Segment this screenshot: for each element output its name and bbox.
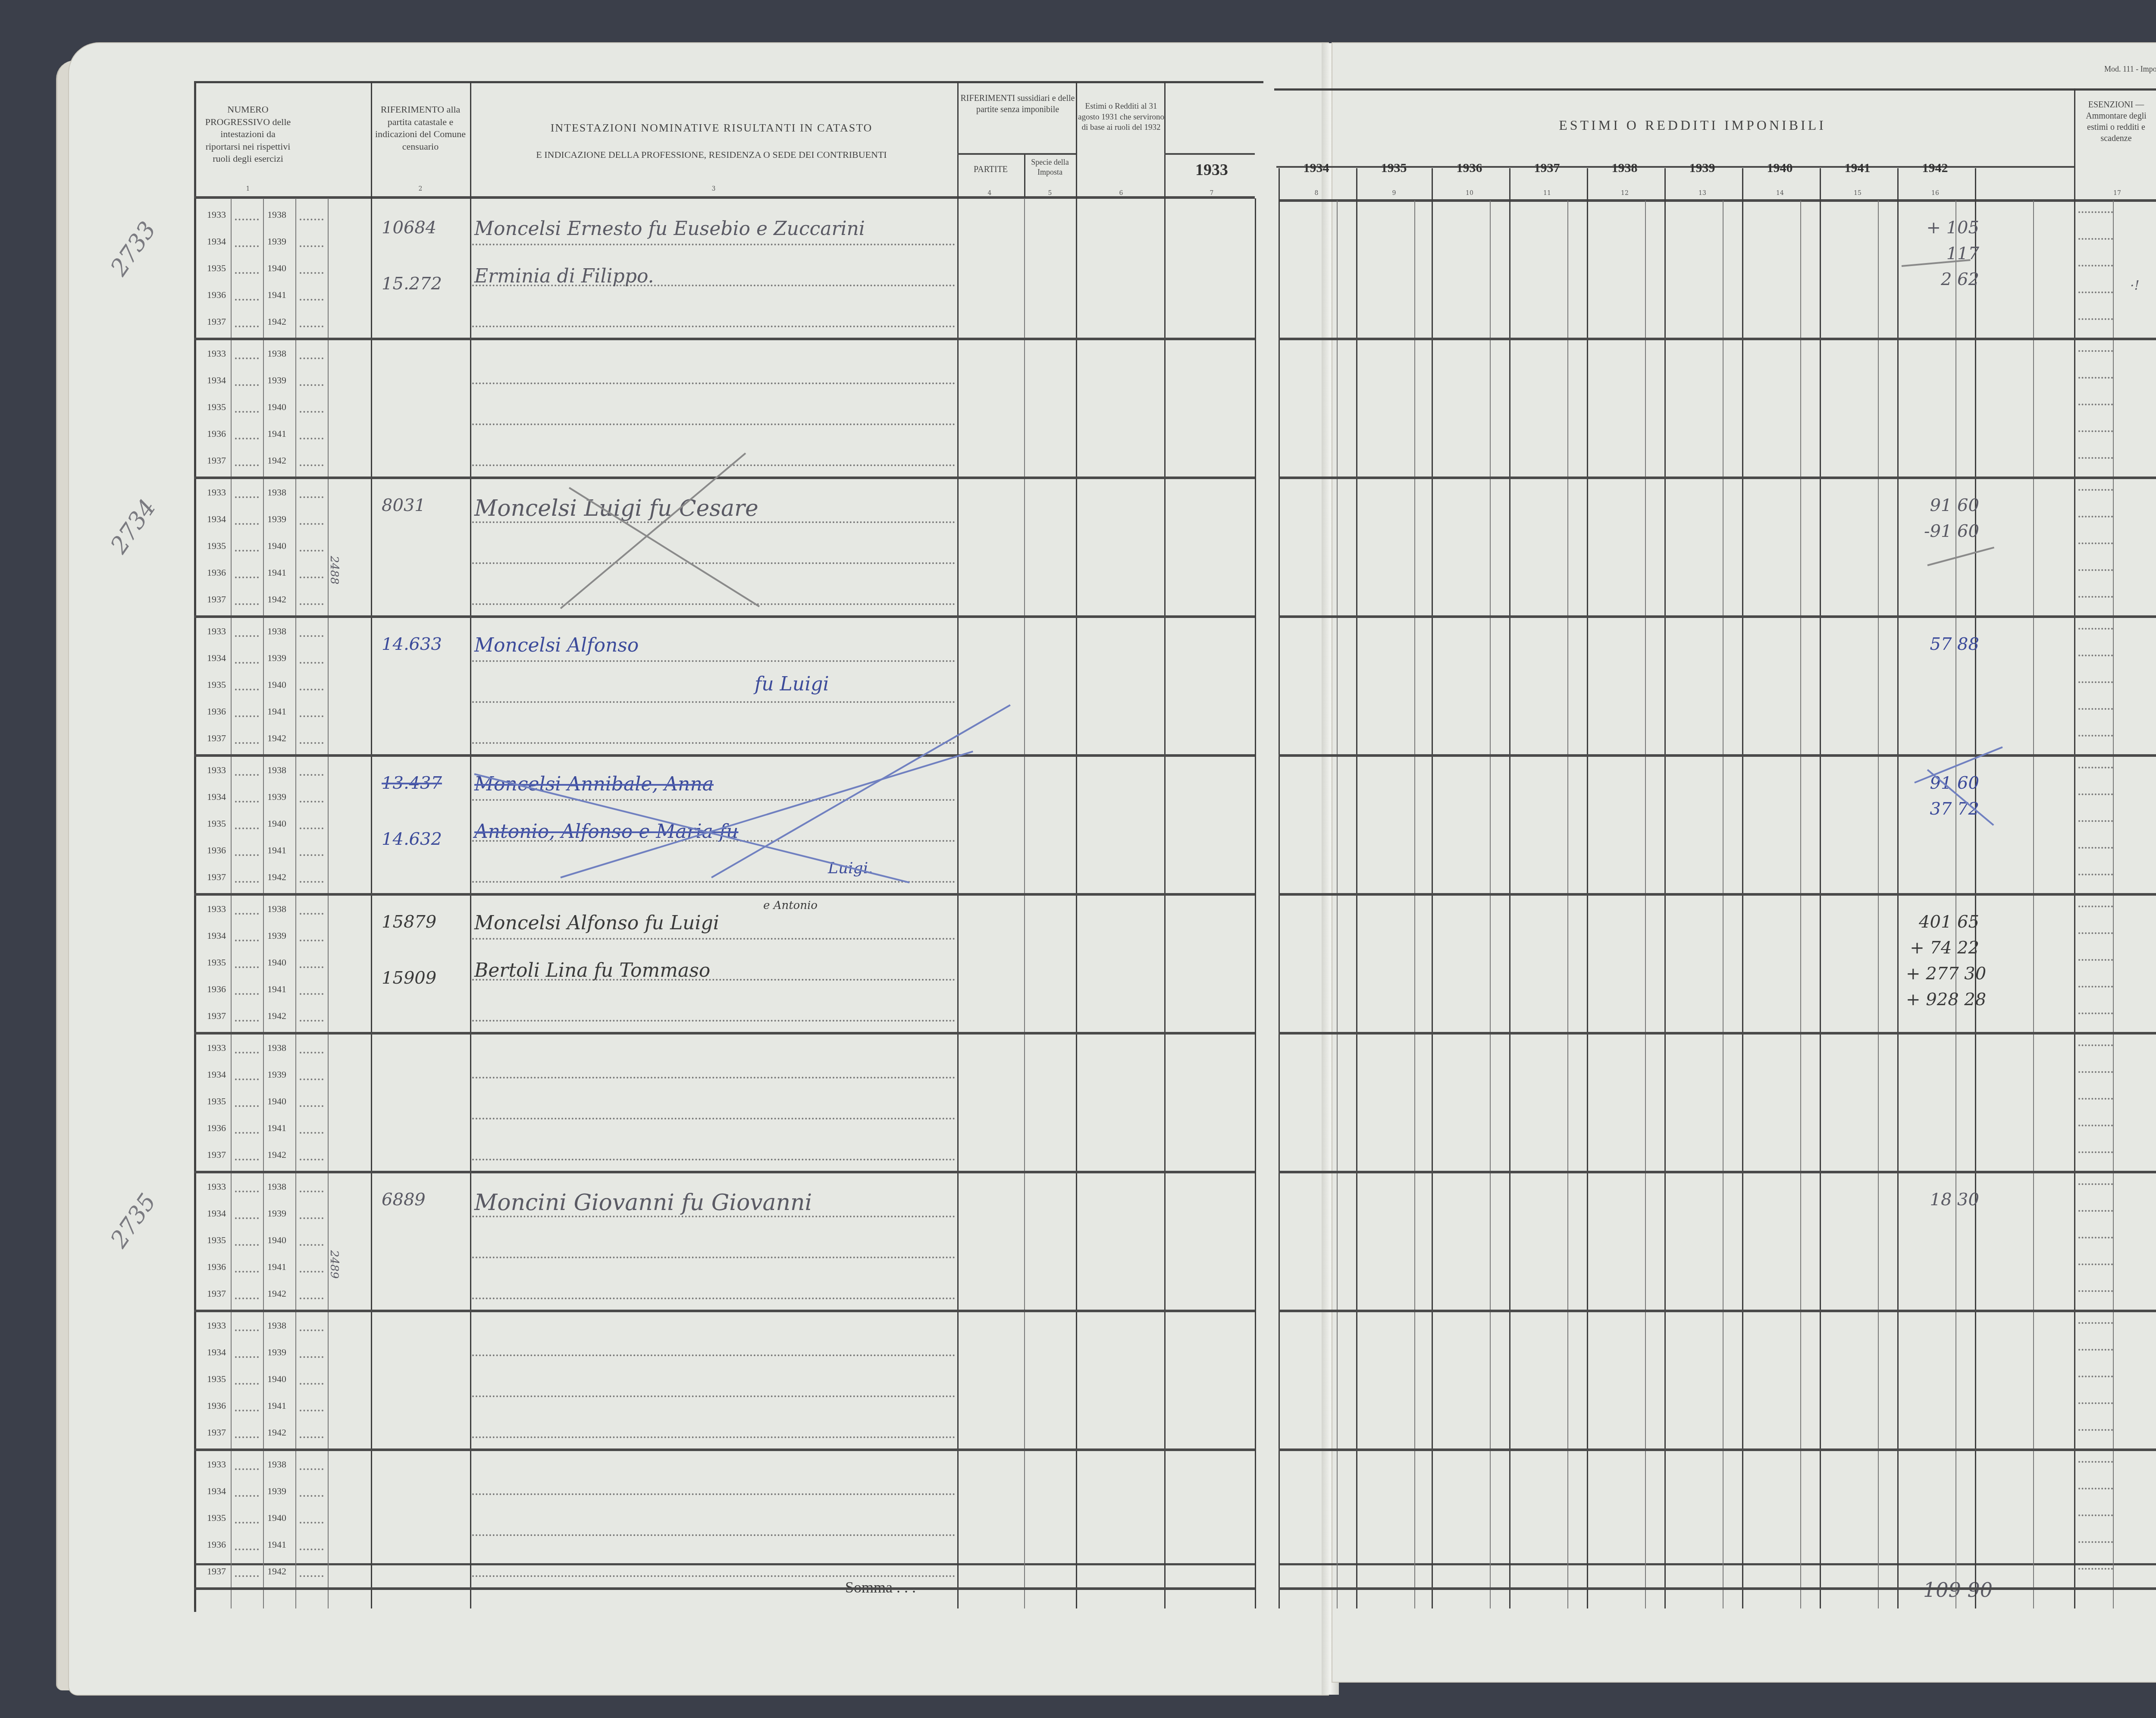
year-label: 1939 <box>267 375 286 386</box>
esenzioni-guide-line <box>2078 265 2113 266</box>
header-column-rule <box>1076 82 1077 198</box>
header-year-1933: 1933 <box>1169 160 1255 181</box>
esenzioni-guide-line <box>2078 1237 2113 1238</box>
row-separator-right <box>1279 615 2156 618</box>
name-insertion: e Antonio <box>763 899 818 912</box>
esenzioni-guide-line <box>2078 404 2113 405</box>
dotted-fill <box>300 940 323 941</box>
col-number-14: 14 <box>1776 190 1784 197</box>
esenzioni-guide-line <box>2078 596 2113 598</box>
dotted-fill <box>300 384 323 386</box>
dotted-fill <box>300 913 323 915</box>
col-number-15: 15 <box>1853 190 1862 197</box>
column-rule <box>1279 168 1280 1608</box>
year-label: 1939 <box>267 1347 286 1358</box>
name-guide-line <box>472 1216 955 1217</box>
year-label: 1936 <box>207 289 226 301</box>
dotted-fill <box>300 411 323 413</box>
esenzioni-guide-line <box>2078 1151 2113 1153</box>
header-specie-imposta: Specie della Imposta <box>1024 157 1076 178</box>
row-separator-right <box>1279 893 2156 896</box>
column-rule <box>1587 168 1588 1608</box>
year-label: 1937 <box>207 1427 226 1438</box>
year-label: 1938 <box>267 1320 286 1331</box>
dotted-fill <box>235 1271 259 1273</box>
year-label: 1935 <box>207 818 226 829</box>
dotted-fill <box>235 854 259 856</box>
name-guide-line <box>472 562 955 564</box>
dotted-fill <box>300 1052 323 1053</box>
year-label: 1939 <box>267 652 286 664</box>
esenzioni-guide-line <box>2078 1429 2113 1431</box>
dotted-fill <box>300 881 323 883</box>
year-label: 1939 <box>267 514 286 525</box>
year-label: 1938 <box>267 209 286 220</box>
year-1933-sub-rule <box>1164 153 1255 155</box>
dotted-fill <box>235 438 259 439</box>
esenzioni-guide-line <box>2078 735 2113 737</box>
row-separator-right <box>1279 1032 2156 1035</box>
year-label: 1937 <box>207 1566 226 1577</box>
dotted-fill <box>300 577 323 578</box>
column-rule <box>1800 201 1801 1608</box>
esenzioni-guide-line <box>2078 350 2113 352</box>
dotted-fill <box>235 1217 259 1219</box>
dotted-fill <box>300 689 323 690</box>
dotted-fill <box>235 1298 259 1299</box>
header-column-rule <box>2074 88 2075 170</box>
year-label: 1936 <box>207 1261 226 1273</box>
dotted-fill <box>300 299 323 301</box>
esenzioni-guide-line <box>2078 489 2113 491</box>
riferimenti-sub-rule <box>957 153 1076 155</box>
year-label: 1933 <box>207 1042 226 1053</box>
header-year-1937: 1937 <box>1509 160 1585 176</box>
dotted-fill <box>235 219 259 220</box>
dotted-fill <box>300 966 323 968</box>
contributor-name-line2: Erminia di Filippo. <box>474 265 654 287</box>
header-rule-right <box>1279 199 2156 202</box>
header-esenzioni: ESENZIONI — Ammontare degli estimi o red… <box>2076 99 2156 144</box>
dotted-fill <box>235 384 259 386</box>
dotted-fill <box>235 715 259 717</box>
contributor-name-line2: Antonio, Alfonso e Maria fu <box>474 821 738 843</box>
year-label: 1935 <box>207 1096 226 1107</box>
column-rule <box>1664 168 1666 1608</box>
side-reference-note: 2489 <box>328 1250 341 1279</box>
year-label: 1940 <box>267 957 286 968</box>
name-guide-line <box>472 1159 955 1160</box>
esenzioni-guide-line <box>2078 708 2113 710</box>
dotted-fill <box>235 940 259 941</box>
year-label: 1933 <box>207 903 226 915</box>
esenzioni-guide-line <box>2078 1376 2113 1377</box>
year-label: 1940 <box>267 263 286 274</box>
column-rule <box>194 198 195 1608</box>
name-guide-line <box>472 244 955 245</box>
value-1941: 401 65 <box>1906 912 1979 932</box>
column-rule <box>1897 168 1899 1608</box>
year-label: 1938 <box>267 348 286 359</box>
dotted-fill <box>235 1105 259 1107</box>
column-rule <box>470 198 471 1608</box>
year-label: 1942 <box>267 1288 286 1299</box>
column-rule <box>371 198 372 1608</box>
header-intestazioni-sub: E INDICAZIONE DELLA PROFESSIONE, RESIDEN… <box>474 149 949 161</box>
value-1941: + 928 28 <box>1906 990 1979 1009</box>
dotted-fill <box>300 496 323 498</box>
esenzioni-guide-line <box>2078 377 2113 379</box>
year-label: 1936 <box>207 1122 226 1134</box>
year-label: 1935 <box>207 1235 226 1246</box>
header-column-rule <box>1024 154 1025 198</box>
year-label: 1940 <box>267 679 286 690</box>
dotted-fill <box>235 742 259 744</box>
col-number-3: 3 <box>707 185 720 192</box>
dotted-fill <box>300 1105 323 1107</box>
partita-number: 6889 <box>382 1190 426 1210</box>
esenzioni-guide-line <box>2078 1290 2113 1292</box>
column-rule <box>2074 168 2075 1608</box>
year-label: 1940 <box>267 1512 286 1524</box>
column-rule <box>1645 201 1646 1608</box>
year-label: 1934 <box>207 930 226 941</box>
dotted-fill <box>300 357 323 359</box>
column-rule <box>1076 198 1077 1608</box>
name-guide-line <box>472 799 955 801</box>
esenzioni-guide-line <box>2078 767 2113 768</box>
col-number-6: 6 <box>1117 190 1125 197</box>
form-model-label: Mod. 111 - Imposte Dirette (Intercalare)… <box>2104 65 2156 74</box>
header-year-1942: 1942 <box>1897 160 1973 176</box>
esenzioni-guide-line <box>2078 1125 2113 1126</box>
dotted-fill <box>235 881 259 883</box>
column-rule <box>2033 201 2034 1608</box>
dotted-fill <box>300 603 323 605</box>
dotted-fill <box>235 1329 259 1331</box>
esenzioni-guide-line <box>2078 1263 2113 1265</box>
year-label: 1936 <box>207 567 226 578</box>
name-guide-line <box>472 423 955 425</box>
dotted-fill <box>235 913 259 915</box>
name-guide-line <box>472 1575 955 1577</box>
year-label: 1935 <box>207 1512 226 1524</box>
year-label: 1935 <box>207 540 226 552</box>
header-year-1940: 1940 <box>1742 160 1818 176</box>
year-label: 1933 <box>207 348 226 359</box>
col-number-7: 7 <box>1207 190 1216 197</box>
value-1941: 37 72 <box>1906 799 1979 819</box>
col-number-10: 10 <box>1465 190 1474 197</box>
row-separator-left <box>194 1587 1255 1590</box>
dotted-fill <box>235 1468 259 1470</box>
dotted-fill <box>235 1495 259 1497</box>
dotted-fill <box>300 550 323 552</box>
column-rule <box>295 198 296 1608</box>
column-rule <box>1490 201 1491 1608</box>
row-separator-right <box>1279 338 2156 340</box>
header-riferimenti-sussidiari: RIFERIMENTI sussidiari e delle partite s… <box>959 93 1076 115</box>
dotted-fill <box>300 438 323 439</box>
dotted-fill <box>235 1159 259 1160</box>
esenzioni-guide-line <box>2078 1183 2113 1185</box>
dotted-fill <box>235 1356 259 1358</box>
name-guide-line <box>472 326 955 327</box>
year-label: 1942 <box>267 1010 286 1022</box>
name-guide-line <box>472 1354 955 1356</box>
dotted-fill <box>235 993 259 995</box>
year-label: 1937 <box>207 872 226 883</box>
year-label: 1933 <box>207 765 226 776</box>
value-1941: + 74 22 <box>1906 938 1979 958</box>
column-rule <box>2113 201 2114 1608</box>
dotted-fill <box>235 1191 259 1192</box>
year-label: 1940 <box>267 401 286 413</box>
year-label: 1933 <box>207 626 226 637</box>
name-guide-line <box>472 881 955 883</box>
year-label: 1940 <box>267 1373 286 1385</box>
year-label: 1937 <box>207 733 226 744</box>
dotted-fill <box>300 1298 323 1299</box>
year-label: 1933 <box>207 209 226 220</box>
header-year-1939: 1939 <box>1664 160 1740 176</box>
dotted-fill <box>300 464 323 466</box>
esenzioni-guide-line <box>2078 569 2113 571</box>
footer-total-1941: 109 90 <box>1923 1578 1993 1602</box>
esenzioni-guide-line <box>2078 932 2113 934</box>
esenzioni-guide-line <box>2078 457 2113 459</box>
dotted-fill <box>235 1549 259 1550</box>
year-label: 1933 <box>207 1181 226 1192</box>
year-label: 1934 <box>207 236 226 247</box>
row-separator-left <box>194 477 1255 479</box>
esenzioni-guide-line <box>2078 1488 2113 1489</box>
year-label: 1937 <box>207 594 226 605</box>
column-rule <box>1820 168 1821 1608</box>
value-1941: + 277 30 <box>1906 964 1979 984</box>
column-rule <box>1975 168 1976 1608</box>
col-number-12: 12 <box>1620 190 1629 197</box>
col-number-1: 1 <box>241 185 254 192</box>
year-label: 1939 <box>267 1208 286 1219</box>
row-separator-left <box>194 338 1255 340</box>
left-register-table <box>194 81 1263 1612</box>
dotted-fill <box>300 1383 323 1385</box>
contributor-name: Moncini Giovanni fu Giovanni <box>474 1190 812 1216</box>
year-label: 1941 <box>267 1261 286 1273</box>
dotted-fill <box>300 1575 323 1577</box>
dotted-fill <box>300 1522 323 1524</box>
year-label: 1939 <box>267 930 286 941</box>
row-separator-right <box>1279 1171 2156 1173</box>
esenzioni-guide-line <box>2078 238 2113 240</box>
header-column-rule <box>1164 82 1166 198</box>
esenzioni-guide-line <box>2078 793 2113 795</box>
esenzioni-guide-line <box>2078 1322 2113 1324</box>
partita-number: 13.437 <box>382 773 442 793</box>
column-rule <box>1723 201 1724 1608</box>
year-label: 1941 <box>267 1539 286 1550</box>
esenzioni-guide-line <box>2078 959 2113 961</box>
name-guide-line <box>472 1020 955 1022</box>
year-label: 1936 <box>207 706 226 717</box>
year-label: 1938 <box>267 903 286 915</box>
esenzioni-guide-line <box>2078 1568 2113 1570</box>
row-separator-left <box>194 754 1255 757</box>
partita-number-secondary: 15909 <box>382 968 436 988</box>
contributor-name: Moncelsi Annibale, Anna <box>474 773 714 795</box>
year-label: 1940 <box>267 540 286 552</box>
dotted-fill <box>300 1468 323 1470</box>
dotted-fill <box>235 411 259 413</box>
contributor-name: Moncelsi Alfonso fu Luigi <box>474 912 719 934</box>
year-label: 1939 <box>267 791 286 803</box>
header-rule-left <box>194 196 1255 199</box>
year-label: 1942 <box>267 733 286 744</box>
year-label: 1933 <box>207 1459 226 1470</box>
value-1941: + 105 <box>1906 218 1979 238</box>
year-label: 1938 <box>267 626 286 637</box>
year-label: 1941 <box>267 984 286 995</box>
dotted-fill <box>235 550 259 552</box>
dotted-fill <box>235 496 259 498</box>
esenzioni-guide-line <box>2078 1013 2113 1014</box>
dotted-fill <box>300 1356 323 1358</box>
column-rule <box>1337 201 1338 1608</box>
name-guide-line <box>472 1395 955 1397</box>
header-riferimento: RIFERIMENTO alla partita catastale e ind… <box>371 103 470 153</box>
year-label: 1933 <box>207 487 226 498</box>
column-rule <box>1955 201 1956 1608</box>
esenzioni-guide-line <box>2078 1210 2113 1212</box>
header-year-1941: 1941 <box>1820 160 1895 176</box>
year-label: 1939 <box>267 1486 286 1497</box>
dotted-fill <box>300 774 323 776</box>
column-rule <box>1742 168 1743 1608</box>
dotted-fill <box>235 357 259 359</box>
dotted-fill <box>235 1575 259 1577</box>
dotted-fill <box>235 245 259 247</box>
partita-number: 8031 <box>382 495 426 515</box>
dotted-fill <box>300 1132 323 1134</box>
year-label: 1937 <box>207 455 226 466</box>
esenzioni-guide-line <box>2078 211 2113 213</box>
dotted-fill <box>235 523 259 525</box>
header-year-1934: 1934 <box>1279 160 1354 176</box>
header-year-1936: 1936 <box>1432 160 1507 176</box>
year-label: 1940 <box>267 1096 286 1107</box>
row-separator-right <box>1279 1310 2156 1312</box>
dotted-fill <box>300 854 323 856</box>
esenzioni-guide-line <box>2078 1349 2113 1351</box>
dotted-fill <box>235 662 259 664</box>
year-label: 1935 <box>207 679 226 690</box>
col-number-4: 4 <box>985 190 994 197</box>
name-guide-line <box>472 1118 955 1119</box>
year-label: 1942 <box>267 1566 286 1577</box>
dotted-fill <box>300 993 323 995</box>
esenzioni-guide-line <box>2078 318 2113 320</box>
esenzioni-guide-line <box>2078 847 2113 849</box>
year-label: 1934 <box>207 1347 226 1358</box>
dotted-fill <box>300 1495 323 1497</box>
esenzioni-guide-line <box>2078 430 2113 432</box>
col-number-17: 17 <box>2113 190 2122 197</box>
year-label: 1935 <box>207 1373 226 1385</box>
column-rule <box>957 198 959 1608</box>
row-separator-left <box>194 893 1255 896</box>
dotted-fill <box>235 1020 259 1022</box>
col-number-13: 13 <box>1698 190 1707 197</box>
year-label: 1937 <box>207 316 226 327</box>
name-guide-line <box>472 1257 955 1258</box>
dotted-fill <box>300 1020 323 1022</box>
year-label: 1941 <box>267 706 286 717</box>
col-number-5: 5 <box>1046 190 1054 197</box>
row-separator-left <box>194 1171 1255 1173</box>
year-label: 1936 <box>207 1400 226 1411</box>
year-label: 1938 <box>267 1042 286 1053</box>
footer-rule-left <box>194 1563 1255 1565</box>
esenzioni-guide-line <box>2078 542 2113 544</box>
year-label: 1937 <box>207 1149 226 1160</box>
header-partite: PARTITE <box>959 164 1022 175</box>
year-label: 1940 <box>267 1235 286 1246</box>
dotted-fill <box>235 966 259 968</box>
column-rule <box>263 198 264 1608</box>
header-column-rule <box>957 82 959 198</box>
dotted-fill <box>235 801 259 803</box>
dotted-fill <box>235 1052 259 1053</box>
col-number-16: 16 <box>1931 190 1940 197</box>
contributor-name-line2: fu Luigi <box>755 673 829 695</box>
column-rule <box>1164 198 1166 1608</box>
dotted-fill <box>235 1383 259 1385</box>
partita-number-secondary: 15.272 <box>382 274 442 294</box>
year-label: 1935 <box>207 957 226 968</box>
dotted-fill <box>300 635 323 637</box>
esenzioni-guide-line <box>2078 1044 2113 1046</box>
col-number-8: 8 <box>1312 190 1321 197</box>
year-label: 1941 <box>267 428 286 439</box>
year-label: 1942 <box>267 1149 286 1160</box>
contributor-name: Moncelsi Alfonso <box>474 634 639 656</box>
year-label: 1938 <box>267 1459 286 1470</box>
name-guide-line <box>472 382 955 384</box>
esenzioni-guide-line <box>2078 820 2113 822</box>
year-label: 1942 <box>267 872 286 883</box>
dotted-fill <box>300 662 323 664</box>
name-guide-line <box>472 1493 955 1495</box>
esenzioni-guide-line <box>2078 1514 2113 1516</box>
year-label: 1934 <box>207 1069 226 1080</box>
name-guide-line <box>472 1436 955 1438</box>
column-rule <box>1878 201 1879 1608</box>
dotted-fill <box>235 1410 259 1411</box>
dotted-fill <box>235 272 259 274</box>
year-label: 1940 <box>267 818 286 829</box>
dotted-fill <box>300 1410 323 1411</box>
column-rule <box>1414 201 1415 1608</box>
dotted-fill <box>300 1191 323 1192</box>
name-guide-line <box>472 742 955 744</box>
row-separator-right <box>1279 1448 2156 1451</box>
year-label: 1938 <box>267 487 286 498</box>
dotted-fill <box>235 828 259 829</box>
contributor-name-line2: Bertoli Lina fu Tommaso <box>474 959 710 981</box>
year-label: 1938 <box>267 1181 286 1192</box>
year-label: 1934 <box>207 1208 226 1219</box>
